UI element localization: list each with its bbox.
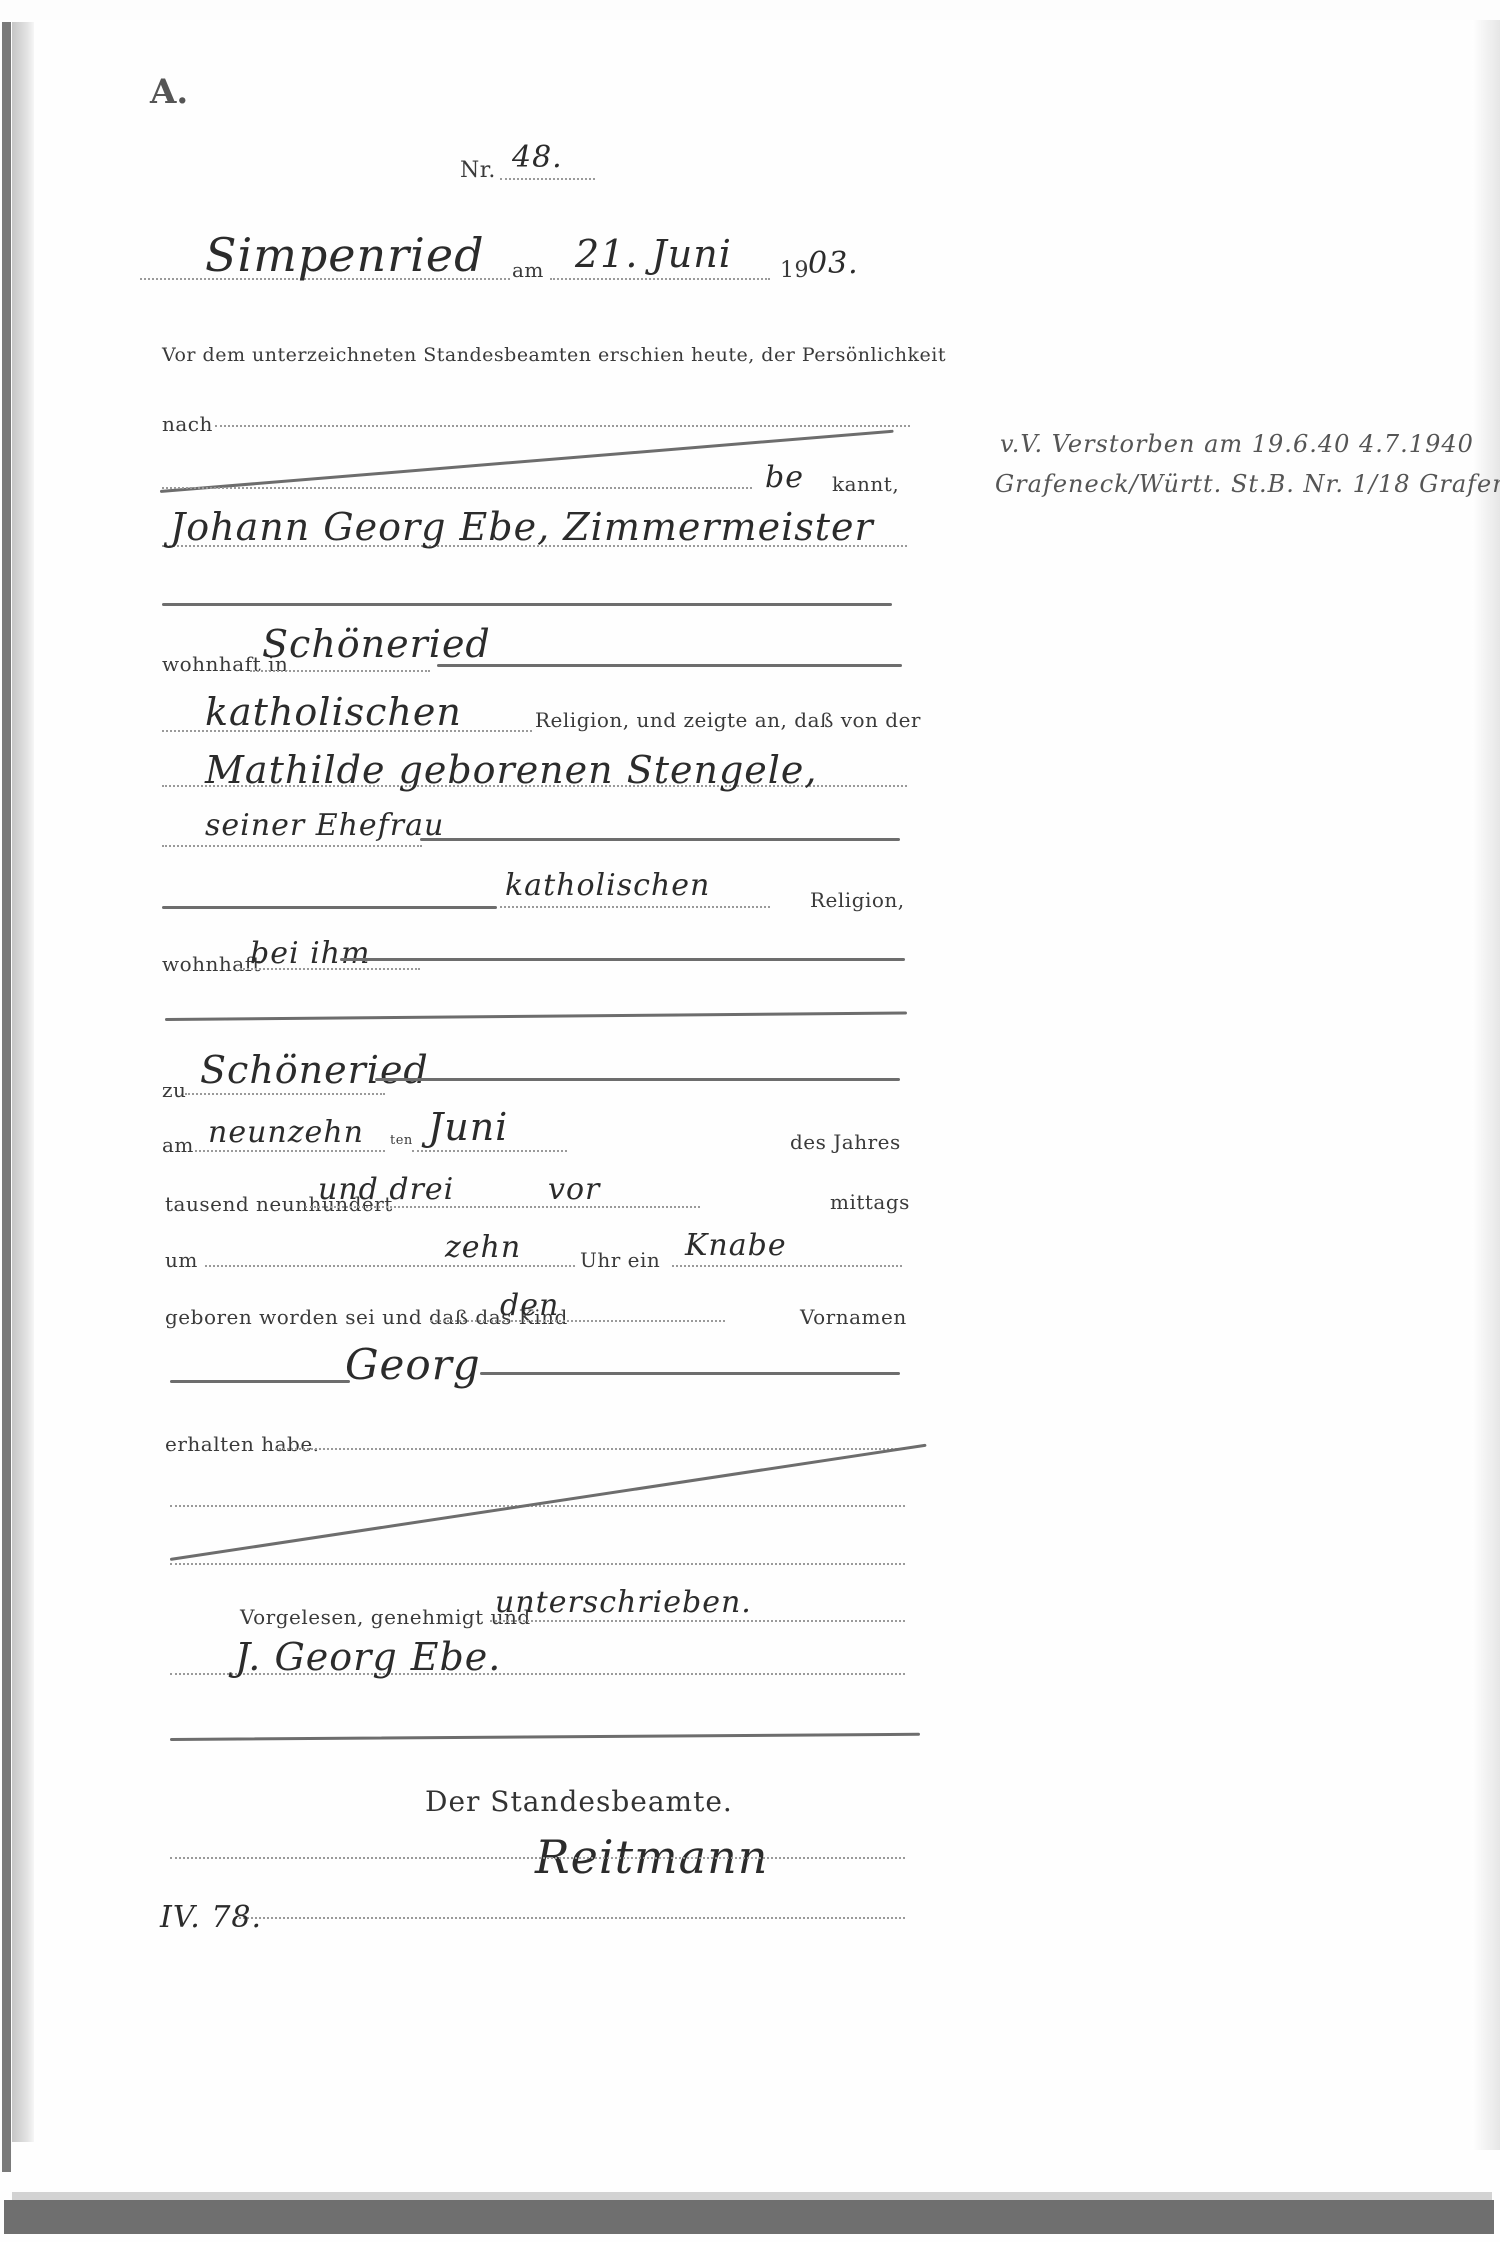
year-suffix: 03. [808, 246, 859, 281]
ten-label: ten [390, 1133, 413, 1148]
page-edge-shadow [1472, 20, 1500, 2150]
year-prefix: 19 [780, 258, 809, 283]
birth-year-words: und drei [318, 1172, 454, 1207]
book-spine [2, 22, 11, 2172]
place-of-registration: Simpenried [205, 228, 485, 282]
mother-name: Mathilde geborenen Stengele, [205, 748, 818, 792]
mother-relation: seiner Ehefrau [205, 808, 444, 843]
zu-label: zu [162, 1078, 186, 1102]
registration-date: 21. Juni [575, 232, 732, 276]
declarant-residence: Schöneried [262, 622, 491, 666]
registrar-title: Der Standesbeamte. [425, 1785, 733, 1818]
child-sex: Knabe [685, 1228, 787, 1263]
religion-label: Religion, [810, 888, 905, 912]
nach-label: nach [162, 412, 213, 436]
birth-place: Schöneried [200, 1048, 429, 1092]
am-birth-label: am [162, 1133, 194, 1157]
margin-note-line2: Grafeneck/Württ. St.B. Nr. 1/18 Grafenec… [995, 470, 1500, 498]
am-label: am [512, 258, 544, 282]
declarant-signature: J. Georg Ebe. [235, 1635, 501, 1679]
declarant-religion: katholischen [205, 690, 462, 734]
des-jahres-label: des Jahres [790, 1130, 901, 1154]
margin-note-line1: v.V. Verstorben am 19.6.40 4.7.1940 [1000, 430, 1474, 458]
register-reference: IV. 78. [160, 1900, 262, 1935]
declarant-name: Johann Georg Ebe, Zimmermeister [170, 505, 874, 549]
child-given-name: Georg [345, 1340, 481, 1389]
time-of-day: vor [548, 1172, 600, 1207]
signed-word: unterschrieben. [495, 1585, 752, 1620]
form-letter: A. [150, 72, 188, 112]
birth-day: neunzehn [208, 1115, 364, 1150]
um-label: um [165, 1248, 198, 1272]
birth-hour: zehn [445, 1230, 521, 1265]
vornamen-label: Vornamen [800, 1305, 907, 1329]
book-cover-bottom [4, 2200, 1494, 2234]
nr-label: Nr. [460, 158, 496, 183]
birth-month: Juni [428, 1105, 508, 1149]
child-article: den [500, 1288, 559, 1323]
record-number: 48. [512, 140, 563, 175]
mother-residence: bei ihm [250, 936, 370, 971]
be-prefix: be [765, 460, 804, 495]
mittags-label: mittags [830, 1190, 910, 1214]
wohnhaft-label: wohnhaft [162, 952, 261, 976]
vorgelesen-label: Vorgelesen, genehmigt und [240, 1605, 531, 1629]
erhalten-label: erhalten habe. [165, 1432, 320, 1456]
page-gutter [12, 22, 34, 2142]
intro-text: Vor dem unterzeichneten Standesbeamten e… [162, 344, 946, 366]
kannt-label: kannt, [832, 472, 899, 496]
religion-und-label: Religion, und zeigte an, daß von der [535, 708, 921, 732]
mother-religion: katholischen [505, 868, 710, 903]
uhr-ein-label: Uhr ein [580, 1248, 660, 1272]
